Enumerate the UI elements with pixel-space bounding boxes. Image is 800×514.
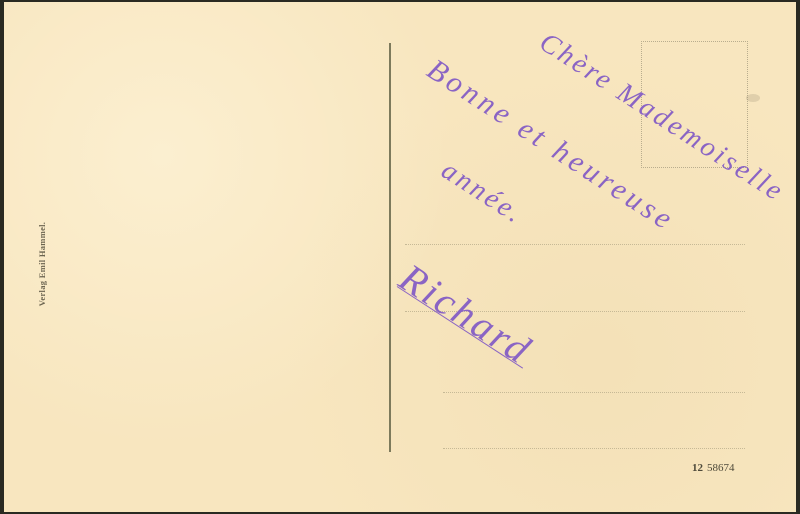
serial-value: 58674 bbox=[707, 462, 735, 474]
handwritten-signature: Richard bbox=[391, 254, 541, 374]
serial-number: 1258674 bbox=[692, 462, 735, 474]
handwritten-greeting-line-3: année. bbox=[435, 155, 529, 232]
address-line-4 bbox=[443, 448, 745, 449]
center-divider-line bbox=[389, 43, 391, 452]
paper-stain bbox=[746, 94, 760, 102]
publisher-imprint: Verlag Emil Hammel. bbox=[37, 222, 47, 306]
address-line-1 bbox=[405, 244, 745, 245]
postcard-back: Verlag Emil Hammel. Chère Mademoiselle B… bbox=[4, 2, 796, 512]
serial-prefix: 12 bbox=[692, 462, 703, 474]
address-line-3 bbox=[443, 392, 745, 393]
